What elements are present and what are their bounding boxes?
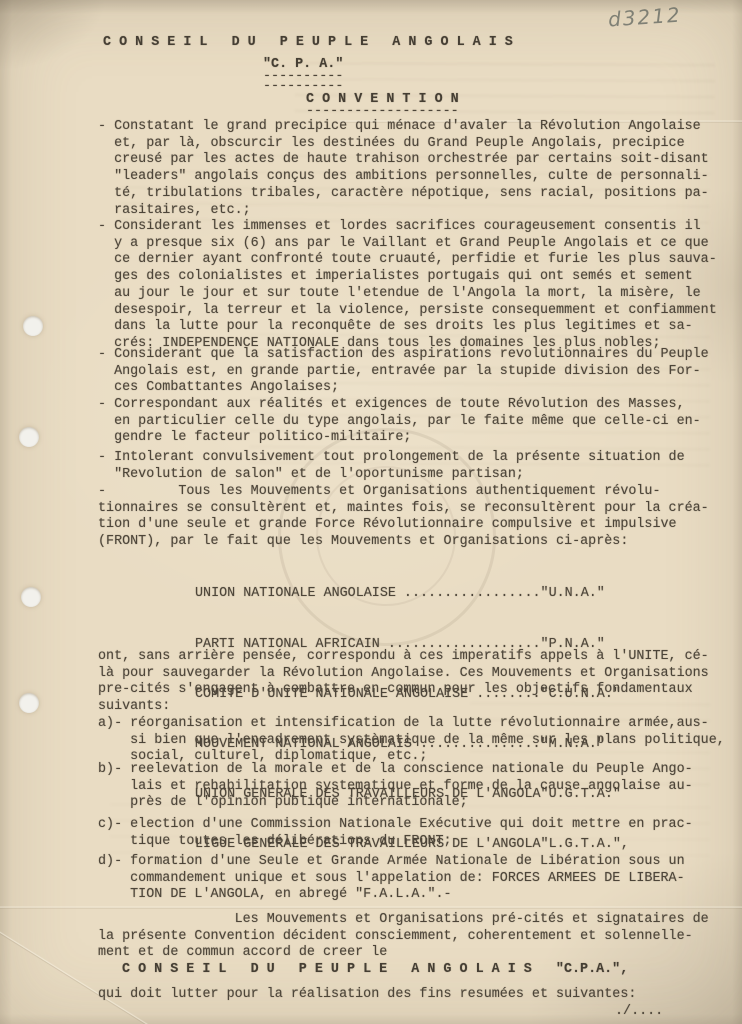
punch-hole: [19, 693, 39, 713]
council-name-line: C O N S E I L D U P E U P L E A N G O L …: [122, 962, 628, 979]
closing-paragraph: Les Mouvements et Organisations pré-cité…: [98, 912, 709, 962]
page-continuation-mark: ./....: [615, 1004, 663, 1021]
preamble-paragraph: - Tous les Mouvements et Organisations a…: [98, 484, 709, 551]
preamble-paragraph: - Considerant les immenses et lordes sac…: [98, 219, 717, 353]
objective-item-c: c)- election d'une Commission Nationale …: [98, 817, 693, 850]
title-underline: -------------------: [306, 108, 459, 116]
punch-hole: [23, 316, 43, 336]
objective-item-b: b)- reelevation de la morale et de la co…: [98, 762, 693, 812]
final-line: qui doit lutter pour la réalisation des …: [98, 987, 636, 1004]
objective-item-a: a)- réorganisation et intensification de…: [98, 716, 725, 766]
preamble-paragraph: - Intolerant convulsivement tout prolong…: [98, 450, 685, 483]
document-scan: d3212 C O N S E I L D U P E U P L E A N …: [0, 0, 742, 1024]
underline-dashes: ----------: [263, 82, 343, 91]
preamble-paragraph: - Correspondant aux réalités et exigence…: [98, 397, 701, 447]
punch-hole: [21, 587, 41, 607]
punch-hole: [19, 427, 39, 447]
preamble-paragraph: - Constatant le grand precipice qui ména…: [98, 119, 709, 219]
crease: [0, 906, 742, 909]
org-name: C O N S E I L D U P E U P L E A N G O L …: [103, 35, 513, 52]
unity-paragraph: ont, sans arrière pensée, correspondu à …: [98, 649, 709, 716]
handwritten-reference: d3212: [607, 2, 682, 31]
preamble-paragraph: - Considerant que la satisfaction des as…: [98, 347, 709, 397]
movement-line: UNION NATIONALE ANGOLAISE ..............…: [195, 586, 629, 603]
objective-item-d: d)- formation d'une Seule et Grande Armé…: [98, 854, 685, 904]
